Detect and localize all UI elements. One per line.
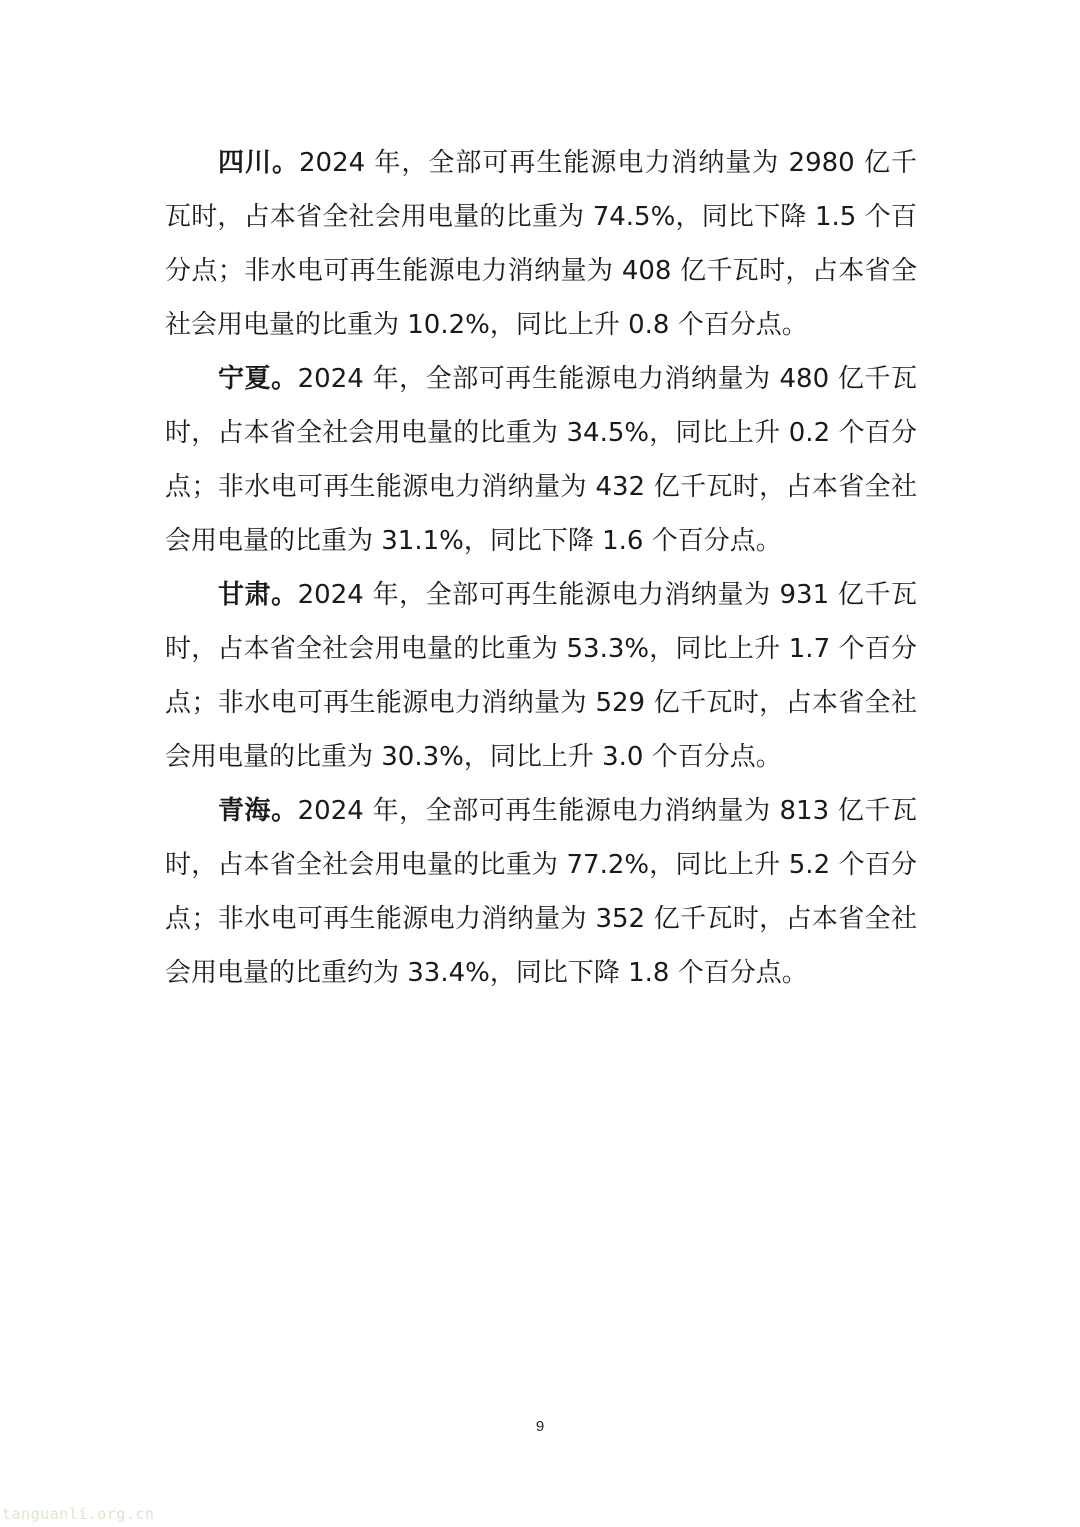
region-heading: 青海。 — [218, 796, 298, 826]
paragraph-gansu: 甘肃。2024 年，全部可再生能源电力消纳量为 931 亿千瓦时，占本省全社会用… — [165, 568, 917, 784]
watermark: tanguanli.org.cn — [2, 1505, 155, 1523]
page-number: 9 — [0, 1418, 1080, 1435]
paragraph-sichuan: 四川。2024 年，全部可再生能源电力消纳量为 2980 亿千瓦时，占本省全社会… — [165, 136, 917, 352]
document-body: 四川。2024 年，全部可再生能源电力消纳量为 2980 亿千瓦时，占本省全社会… — [165, 136, 917, 1000]
paragraph-ningxia: 宁夏。2024 年，全部可再生能源电力消纳量为 480 亿千瓦时，占本省全社会用… — [165, 352, 917, 568]
paragraph-qinghai: 青海。2024 年，全部可再生能源电力消纳量为 813 亿千瓦时，占本省全社会用… — [165, 784, 917, 1000]
region-heading: 甘肃。 — [218, 580, 298, 610]
region-heading: 宁夏。 — [218, 364, 298, 394]
region-heading: 四川。 — [218, 148, 299, 178]
